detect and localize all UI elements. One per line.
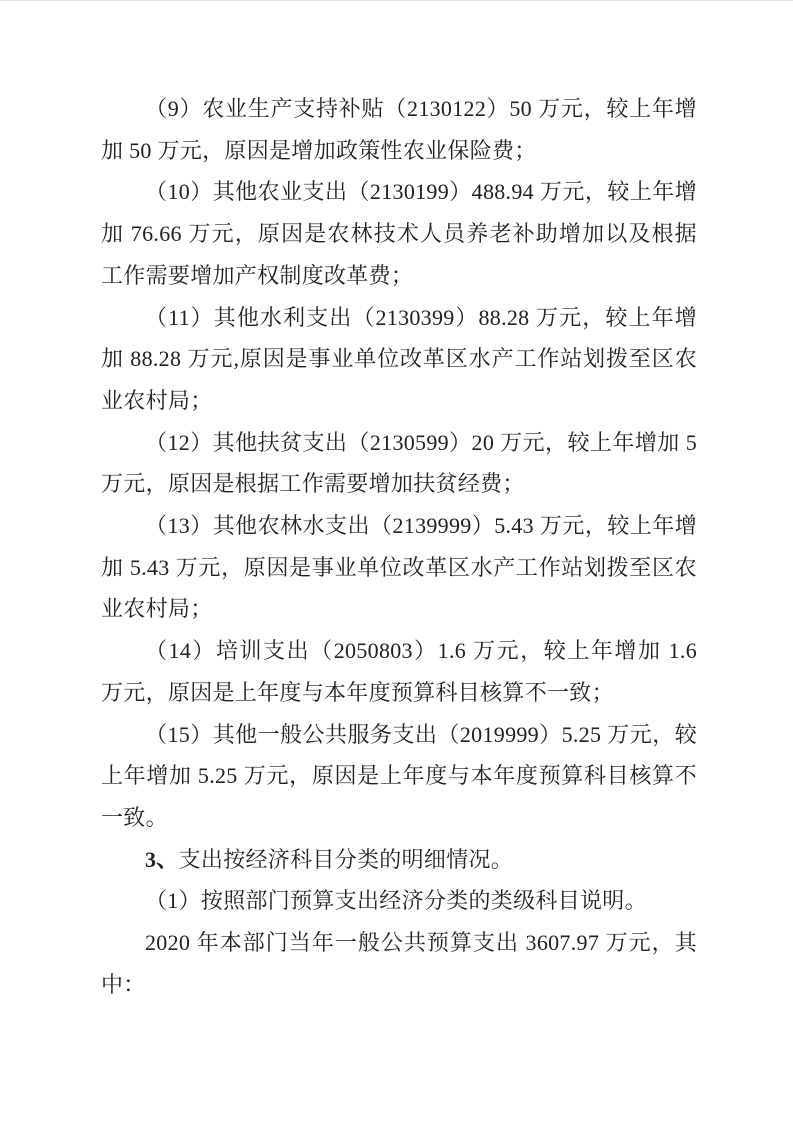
document-body: （9）农业生产支持补贴（2130122）50 万元，较上年增加 50 万元，原因…: [101, 88, 697, 1005]
expense-item-12-paragraph: （12）其他扶贫支出（2130599）20 万元，较上年增加 5 万元，原因是根…: [101, 422, 697, 505]
section-heading-title: 支出按经济科目分类的明细情况。: [179, 847, 514, 872]
expense-item-15-paragraph: （15）其他一般公共服务支出（2019999）5.25 万元，较上年增加 5.2…: [101, 714, 697, 839]
expense-item-13-paragraph: （13）其他农林水支出（2139999）5.43 万元，较上年增加 5.43 万…: [101, 505, 697, 630]
budget-total-paragraph: 2020 年本部门当年一般公共预算支出 3607.97 万元，其中：: [101, 922, 697, 1005]
section-heading-number: 3、: [145, 847, 179, 872]
expense-item-9-paragraph: （9）农业生产支持补贴（2130122）50 万元，较上年增加 50 万元，原因…: [101, 88, 697, 171]
expense-item-14-paragraph: （14）培训支出（2050803）1.6 万元，较上年增加 1.6 万元，原因是…: [101, 630, 697, 713]
sub-item-1-paragraph: （1）按照部门预算支出经济分类的类级科目说明。: [101, 880, 697, 922]
expense-item-11-paragraph: （11）其他水利支出（2130399）88.28 万元，较上年增加 88.28 …: [101, 297, 697, 422]
expense-item-10-paragraph: （10）其他农业支出（2130199）488.94 万元，较上年增加 76.66…: [101, 171, 697, 296]
section-heading-3: 3、支出按经济科目分类的明细情况。: [101, 839, 697, 881]
document-page: （9）农业生产支持补贴（2130122）50 万元，较上年增加 50 万元，原因…: [0, 0, 793, 1122]
scan-artifact-top-line: [0, 0, 793, 1]
